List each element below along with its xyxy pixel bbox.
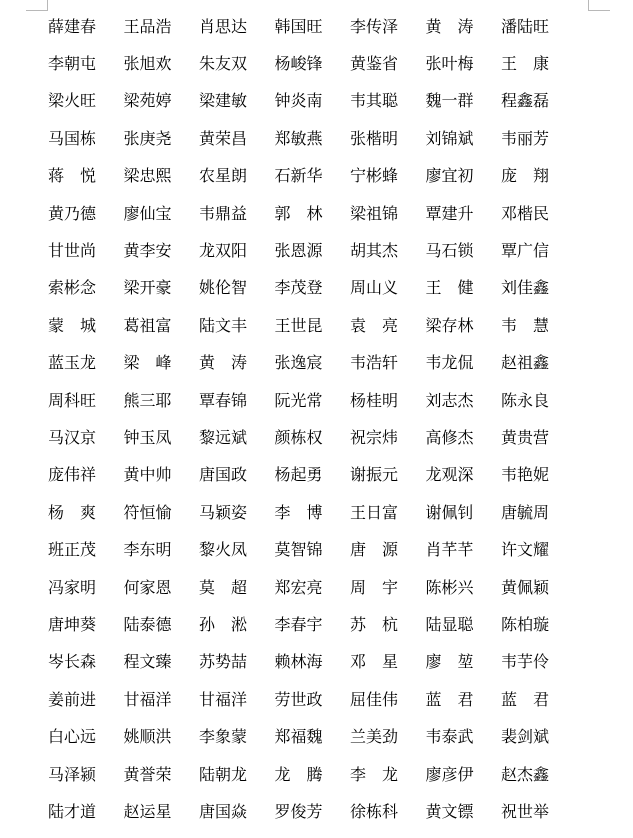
name-cell: 张楷明 — [350, 129, 426, 149]
name-cell: 裴剑斌 — [501, 727, 577, 747]
name-cell: 赵运星 — [124, 802, 200, 822]
name-cell: 钟炎南 — [275, 91, 351, 111]
name-cell: 农星朗 — [199, 166, 275, 186]
name-cell: 蒋悦 — [48, 166, 96, 186]
name-cell: 李春宇 — [275, 615, 351, 635]
name-cell: 黄涛 — [199, 353, 247, 373]
name-cell: 郑福魏 — [275, 727, 351, 747]
name-cell: 陆显聪 — [426, 615, 502, 635]
name-row: 姜前进甘福洋甘福洋劳世政屈佳伟蓝君蓝君 — [48, 681, 577, 718]
name-character: 君 — [533, 690, 549, 710]
name-cell: 甘福洋 — [124, 690, 200, 710]
name-cell: 甘世尚 — [48, 241, 124, 261]
name-character: 博 — [306, 503, 322, 523]
name-cell: 郭林 — [275, 204, 323, 224]
name-cell: 葛祖富 — [124, 316, 200, 336]
name-character: 苏 — [350, 615, 366, 635]
name-cell: 潘陆旺 — [501, 17, 577, 37]
name-character: 梁 — [124, 353, 140, 373]
name-cell: 唐源 — [350, 540, 398, 560]
name-character: 慧 — [533, 316, 549, 336]
name-cell: 周科旺 — [48, 391, 124, 411]
name-cell: 班正茂 — [48, 540, 124, 560]
name-cell: 覃广信 — [501, 241, 577, 261]
name-character: 蒙 — [48, 316, 64, 336]
name-row: 薛建春王品浩肖思达韩国旺李传泽黄涛潘陆旺 — [48, 8, 577, 45]
name-cell: 韦鼎益 — [199, 204, 275, 224]
name-cell: 王健 — [426, 278, 474, 298]
name-cell: 梁建敏 — [199, 91, 275, 111]
name-cell: 徐栋科 — [350, 802, 426, 822]
name-character: 王 — [501, 54, 517, 74]
name-character: 李 — [275, 503, 291, 523]
name-cell: 张恩源 — [275, 241, 351, 261]
name-row: 冯家明何家恩莫超郑宏亮周宇陈彬兴黄佩颖 — [48, 569, 577, 606]
name-cell: 肖芊芊 — [426, 540, 502, 560]
name-cell: 梁忠熙 — [124, 166, 200, 186]
name-cell: 马汉京 — [48, 428, 124, 448]
name-cell: 冯家明 — [48, 578, 124, 598]
name-row: 梁火旺梁苑婷梁建敏钟炎南韦其聪魏一群程鑫磊 — [48, 83, 577, 120]
name-cell: 唐国政 — [199, 465, 275, 485]
name-cell: 谢佩钊 — [426, 503, 502, 523]
name-cell: 郑敏燕 — [275, 129, 351, 149]
name-cell: 韦泰武 — [426, 727, 502, 747]
name-cell: 李朝屯 — [48, 54, 124, 74]
name-cell: 罗俊芳 — [275, 802, 351, 822]
name-row: 班正茂李东明黎火凤莫智锦唐源肖芊芊许文耀 — [48, 531, 577, 568]
name-cell: 宁彬蜂 — [350, 166, 426, 186]
name-row: 陆才道赵运星唐国焱罗俊芳徐栋科黄文镖祝世举 — [48, 793, 577, 830]
name-cell: 孙淞 — [199, 615, 247, 635]
name-cell: 祝世举 — [501, 802, 577, 822]
name-cell: 黄乃德 — [48, 204, 124, 224]
name-cell: 唐毓周 — [501, 503, 577, 523]
name-row: 白心远姚顺洪李象蒙郑福魏兰美劲韦泰武裴剑斌 — [48, 718, 577, 755]
name-cell: 劳世政 — [275, 690, 351, 710]
name-cell: 黄涛 — [426, 17, 474, 37]
name-cell: 王品浩 — [124, 17, 200, 37]
name-cell: 马泽颍 — [48, 765, 124, 785]
name-cell: 杨峻锋 — [275, 54, 351, 74]
name-cell: 郑宏亮 — [275, 578, 351, 598]
name-character: 蓝 — [426, 690, 442, 710]
name-character: 林 — [306, 204, 322, 224]
name-character: 涛 — [457, 17, 473, 37]
name-row: 蓝玉龙梁峰黄涛张逸宸韦浩轩韦龙侃赵祖鑫 — [48, 345, 577, 382]
name-cell: 陈永良 — [501, 391, 577, 411]
name-character: 悦 — [80, 166, 96, 186]
name-cell: 梁存林 — [426, 316, 502, 336]
name-cell: 祝宗炜 — [350, 428, 426, 448]
name-cell: 庞伟祥 — [48, 465, 124, 485]
name-character: 周 — [350, 578, 366, 598]
name-cell: 肖思达 — [199, 17, 275, 37]
name-cell: 蓝玉龙 — [48, 353, 124, 373]
name-character: 龙 — [275, 765, 291, 785]
name-character: 城 — [80, 316, 96, 336]
name-character: 廖 — [426, 652, 442, 672]
name-cell: 唐坤葵 — [48, 615, 124, 635]
name-character: 郭 — [275, 204, 291, 224]
name-cell: 韦龙侃 — [426, 353, 502, 373]
name-cell: 苏杭 — [350, 615, 398, 635]
name-cell: 赖林海 — [275, 652, 351, 672]
name-cell: 黄佩颖 — [501, 578, 577, 598]
name-character: 唐 — [350, 540, 366, 560]
name-cell: 黄贵营 — [501, 428, 577, 448]
name-row: 索彬念梁开豪姚伦智李茂登周山义王健刘佳鑫 — [48, 270, 577, 307]
name-character: 蓝 — [501, 690, 517, 710]
name-character: 庞 — [501, 166, 517, 186]
name-list-document: 薛建春王品浩肖思达韩国旺李传泽黄涛潘陆旺李朝屯张旭欢朱友双杨峻锋黄鉴省张叶梅王康… — [48, 8, 577, 831]
name-cell: 廖堃 — [426, 652, 474, 672]
name-cell: 何家恩 — [124, 578, 200, 598]
name-cell: 李博 — [275, 503, 323, 523]
name-character: 杭 — [382, 615, 398, 635]
name-character: 健 — [457, 278, 473, 298]
name-cell: 刘志杰 — [426, 391, 502, 411]
name-cell: 姜前进 — [48, 690, 124, 710]
name-cell: 张叶梅 — [426, 54, 502, 74]
name-cell: 黄荣昌 — [199, 129, 275, 149]
name-cell: 陆朝龙 — [199, 765, 275, 785]
name-character: 源 — [382, 540, 398, 560]
name-cell: 陈彬兴 — [426, 578, 502, 598]
name-cell: 龙腾 — [275, 765, 323, 785]
name-cell: 白心远 — [48, 727, 124, 747]
name-cell: 黄誉荣 — [124, 765, 200, 785]
name-row: 庞伟祥黄中帅唐国政杨起勇谢振元龙观深韦艳妮 — [48, 457, 577, 494]
name-cell: 周宇 — [350, 578, 398, 598]
name-cell: 张庚尧 — [124, 129, 200, 149]
name-character: 邓 — [350, 652, 366, 672]
name-character: 黄 — [426, 17, 442, 37]
name-cell: 韦慧 — [501, 316, 549, 336]
name-cell: 王日富 — [350, 503, 426, 523]
name-character: 李 — [350, 765, 366, 785]
name-cell: 赵杰鑫 — [501, 765, 577, 785]
name-cell: 龙双阳 — [199, 241, 275, 261]
name-cell: 石新华 — [275, 166, 351, 186]
name-character: 翔 — [533, 166, 549, 186]
name-cell: 黄鉴省 — [350, 54, 426, 74]
name-cell: 熊三耶 — [124, 391, 200, 411]
name-cell: 王康 — [501, 54, 549, 74]
name-cell: 黄中帅 — [124, 465, 200, 485]
name-cell: 梁祖锦 — [350, 204, 426, 224]
name-row: 马泽颍黄誉荣陆朝龙龙腾李龙廖彦伊赵杰鑫 — [48, 756, 577, 793]
name-cell: 姚伦智 — [199, 278, 275, 298]
name-cell: 刘锦斌 — [426, 129, 502, 149]
name-cell: 韦芋伶 — [501, 652, 577, 672]
name-cell: 程鑫磊 — [501, 91, 577, 111]
name-cell: 蒙城 — [48, 316, 96, 336]
name-cell: 蓝君 — [501, 690, 549, 710]
name-cell: 张逸宸 — [275, 353, 351, 373]
name-cell: 阮光常 — [275, 391, 351, 411]
name-cell: 陆泰德 — [124, 615, 200, 635]
name-cell: 岑长森 — [48, 652, 124, 672]
name-cell: 李象蒙 — [199, 727, 275, 747]
name-row: 黄乃德廖仙宝韦鼎益郭林梁祖锦覃建升邓楷民 — [48, 195, 577, 232]
name-character: 涛 — [231, 353, 247, 373]
name-cell: 袁亮 — [350, 316, 398, 336]
name-character: 康 — [533, 54, 549, 74]
name-cell: 颜栋权 — [275, 428, 351, 448]
name-cell: 廖彦伊 — [426, 765, 502, 785]
name-cell: 黎远斌 — [199, 428, 275, 448]
name-character: 亮 — [382, 316, 398, 336]
name-character: 星 — [382, 652, 398, 672]
name-cell: 许文耀 — [501, 540, 577, 560]
name-cell: 廖宜初 — [426, 166, 502, 186]
name-cell: 庞翔 — [501, 166, 549, 186]
name-row: 周科旺熊三耶覃春锦阮光常杨桂明刘志杰陈永良 — [48, 382, 577, 419]
name-character: 龙 — [382, 765, 398, 785]
page-corner-mark-top-right — [588, 0, 610, 11]
name-cell: 屈佳伟 — [350, 690, 426, 710]
name-character: 腾 — [306, 765, 322, 785]
name-cell: 莫智锦 — [275, 540, 351, 560]
page-corner-mark-top-left — [26, 0, 48, 11]
name-cell: 杨爽 — [48, 503, 96, 523]
name-cell: 程文臻 — [124, 652, 200, 672]
name-row: 唐坤葵陆泰德孙淞李春宇苏杭陆显聪陈柏璇 — [48, 606, 577, 643]
name-cell: 陈柏璇 — [501, 615, 577, 635]
name-character: 爽 — [80, 503, 96, 523]
name-cell: 朱友双 — [199, 54, 275, 74]
name-cell: 邓楷民 — [501, 204, 577, 224]
name-cell: 龙观深 — [426, 465, 502, 485]
name-cell: 兰美劲 — [350, 727, 426, 747]
name-cell: 杨桂明 — [350, 391, 426, 411]
name-cell: 蓝君 — [426, 690, 474, 710]
name-cell: 莫超 — [199, 578, 247, 598]
name-cell: 马国栋 — [48, 129, 124, 149]
name-character: 峰 — [155, 353, 171, 373]
name-row: 李朝屯张旭欢朱友双杨峻锋黄鉴省张叶梅王康 — [48, 45, 577, 82]
name-row: 蒙城葛祖富陆文丰王世昆袁亮梁存林韦慧 — [48, 307, 577, 344]
name-character: 蒋 — [48, 166, 64, 186]
name-cell: 赵祖鑫 — [501, 353, 577, 373]
name-character: 堃 — [457, 652, 473, 672]
name-cell: 梁苑婷 — [124, 91, 200, 111]
name-cell: 韦丽芳 — [501, 129, 577, 149]
name-character: 君 — [457, 690, 473, 710]
name-cell: 邓星 — [350, 652, 398, 672]
name-cell: 马颖姿 — [199, 503, 275, 523]
name-character: 淞 — [231, 615, 247, 635]
name-cell: 张旭欢 — [124, 54, 200, 74]
name-cell: 韩国旺 — [275, 17, 351, 37]
name-row: 岑长森程文臻苏势喆赖林海邓星廖堃韦芋伶 — [48, 644, 577, 681]
name-cell: 李龙 — [350, 765, 398, 785]
name-cell: 刘佳鑫 — [501, 278, 577, 298]
name-cell: 高修杰 — [426, 428, 502, 448]
name-row: 杨爽符恒愉马颖姿李博王日富谢佩钊唐毓周 — [48, 494, 577, 531]
name-cell: 薛建春 — [48, 17, 124, 37]
name-cell: 梁开豪 — [124, 278, 200, 298]
name-row: 甘世尚黄李安龙双阳张恩源胡其杰马石锁覃广信 — [48, 232, 577, 269]
name-cell: 胡其杰 — [350, 241, 426, 261]
name-character: 袁 — [350, 316, 366, 336]
name-cell: 黎火凤 — [199, 540, 275, 560]
name-cell: 梁峰 — [124, 353, 172, 373]
name-cell: 李传泽 — [350, 17, 426, 37]
name-cell: 姚顺洪 — [124, 727, 200, 747]
name-cell: 覃春锦 — [199, 391, 275, 411]
name-cell: 陆文丰 — [199, 316, 275, 336]
name-row: 马国栋张庚尧黄荣昌郑敏燕张楷明刘锦斌韦丽芳 — [48, 120, 577, 157]
name-cell: 符恒愉 — [124, 503, 200, 523]
name-cell: 韦其聪 — [350, 91, 426, 111]
name-cell: 梁火旺 — [48, 91, 124, 111]
name-cell: 唐国焱 — [199, 802, 275, 822]
name-row: 蒋悦梁忠熙农星朗石新华宁彬蜂廖宜初庞翔 — [48, 158, 577, 195]
name-row: 马汉京钟玉凤黎远斌颜栋权祝宗炜高修杰黄贵营 — [48, 419, 577, 456]
name-cell: 黄李安 — [124, 241, 200, 261]
name-character: 超 — [231, 578, 247, 598]
name-cell: 覃建升 — [426, 204, 502, 224]
name-cell: 李茂登 — [275, 278, 351, 298]
name-character: 杨 — [48, 503, 64, 523]
name-cell: 黄文镖 — [426, 802, 502, 822]
name-cell: 韦浩轩 — [350, 353, 426, 373]
name-character: 王 — [426, 278, 442, 298]
name-cell: 谢振元 — [350, 465, 426, 485]
name-cell: 魏一群 — [426, 91, 502, 111]
name-cell: 马石锁 — [426, 241, 502, 261]
name-cell: 韦艳妮 — [501, 465, 577, 485]
name-character: 莫 — [199, 578, 215, 598]
name-character: 韦 — [501, 316, 517, 336]
name-cell: 李东明 — [124, 540, 200, 560]
name-cell: 苏势喆 — [199, 652, 275, 672]
name-cell: 甘福洋 — [199, 690, 275, 710]
name-cell: 周山义 — [350, 278, 426, 298]
name-cell: 钟玉凤 — [124, 428, 200, 448]
name-character: 黄 — [199, 353, 215, 373]
name-cell: 杨起勇 — [275, 465, 351, 485]
name-cell: 陆才道 — [48, 802, 124, 822]
name-cell: 廖仙宝 — [124, 204, 200, 224]
name-cell: 索彬念 — [48, 278, 124, 298]
name-character: 孙 — [199, 615, 215, 635]
name-character: 宇 — [382, 578, 398, 598]
name-cell: 王世昆 — [275, 316, 351, 336]
